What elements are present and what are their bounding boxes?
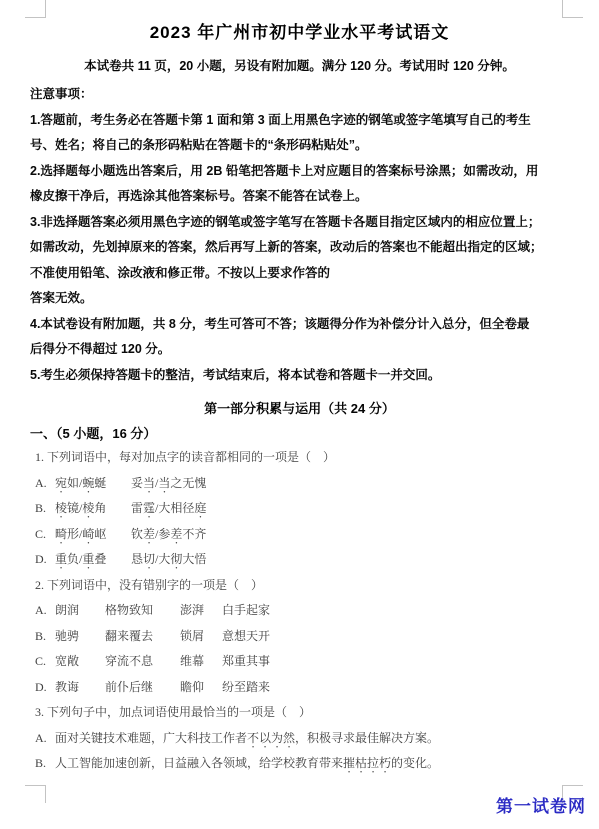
notice-line: 不准使用铅笔、涂改液和修正带。不按以上要求作答的: [30, 261, 573, 287]
question-2-option-b: B.驰骋翻来覆去锁屑意想天开: [35, 624, 599, 650]
word: 意想天开: [222, 629, 270, 643]
page-title: 2023 年广州市初中学业水平考试语文: [0, 0, 599, 43]
question-2-option-d: D.教诲前仆后继瞻仰纷至踏来: [35, 675, 599, 701]
word: 澎湃: [180, 598, 222, 624]
notice-line: 橡皮擦干净后，再选涂其他答案标号。答案不能答在试卷上。: [30, 184, 573, 210]
watermark-link[interactable]: 第一试卷网: [496, 792, 586, 817]
option-label: B.: [35, 496, 55, 522]
question-1-stem: 1. 下列词语中，每对加点字的读音都相同的一项是（ ）: [35, 445, 599, 471]
exam-paper-page: 2023 年广州市初中学业水平考试语文 本试卷共 11 页，20 小题，另设有附…: [0, 0, 599, 829]
option-label: A.: [35, 471, 55, 497]
notices-section: 注意事项： 1.答题前，考生务必在答题卡第 1 面和第 3 面上用黑色字迹的钢笔…: [30, 82, 573, 388]
crop-mark-top-left-icon: [25, 0, 46, 18]
word: 朗润: [55, 598, 105, 624]
word-pair: 畸形/崎岖: [55, 522, 131, 548]
question-3-option-a: A.面对关键技术难题，广大科技工作者不以为然，积极寻求最佳解决方案。: [35, 726, 599, 752]
sentence: 人工智能加速创新，日益融入各领域，给学校教育带来摧枯拉朽的变化。: [55, 756, 439, 770]
word-pair: 棱镜/棱角: [55, 496, 131, 522]
option-label: A.: [35, 598, 55, 624]
question-1-option-c: C.畸形/崎岖钦差/参差不齐: [35, 522, 599, 548]
word: 白手起家: [222, 603, 270, 617]
word-pair: 钦差/参差不齐: [131, 527, 206, 541]
crop-mark-top-right-icon: [562, 0, 583, 18]
notice-line: 3.非选择题答案必须用黑色字迹的钢笔或签字笔写在答题卡各题目指定区域内的相应位置…: [30, 210, 573, 236]
option-label: C.: [35, 649, 55, 675]
sentence: 面对关键技术难题，广大科技工作者不以为然，积极寻求最佳解决方案。: [55, 731, 439, 745]
option-label: C.: [35, 522, 55, 548]
questions-section: 1. 下列词语中，每对加点字的读音都相同的一项是（ ） A.宛如/蜿蜒妥当/当之…: [35, 445, 599, 777]
word: 驰骋: [55, 624, 105, 650]
word-pair: 雷霆/大相径庭: [131, 501, 206, 515]
notice-line: 2.选择题每小题选出答案后，用 2B 铅笔把答题卡上对应题目的答案标号涂黑；如需…: [30, 159, 573, 185]
word-pair: 宛如/蜿蜒: [55, 471, 131, 497]
notice-line: 4.本试卷设有附加题，共 8 分，考生可答可不答；该题得分作为补偿分计入总分，但…: [30, 312, 573, 338]
question-2-option-a: A.朗润格物致知澎湃白手起家: [35, 598, 599, 624]
word: 前仆后继: [105, 675, 180, 701]
word: 锁屑: [180, 624, 222, 650]
option-label: B.: [35, 751, 55, 777]
question-1-option-b: B.棱镜/棱角雷霆/大相径庭: [35, 496, 599, 522]
word: 翻来覆去: [105, 624, 180, 650]
word: 穿流不息: [105, 649, 180, 675]
notice-line: 1.答题前，考生务必在答题卡第 1 面和第 3 面上用黑色字迹的钢笔或签字笔填写…: [30, 108, 573, 134]
notices-heading: 注意事项：: [30, 82, 573, 108]
word: 郑重其事: [222, 654, 270, 668]
question-1-option-a: A.宛如/蜿蜒妥当/当之无愧: [35, 471, 599, 497]
question-2-stem: 2. 下列词语中，没有错别字的一项是（ ）: [35, 573, 599, 599]
option-label: A.: [35, 726, 55, 752]
crop-mark-bottom-left-icon: [25, 785, 46, 803]
word: 格物致知: [105, 598, 180, 624]
notice-line: 后得分不得超过 120 分。: [30, 337, 573, 363]
option-label: D.: [35, 547, 55, 573]
option-label: B.: [35, 624, 55, 650]
notice-line: 如需改动，先划掉原来的答案，然后再写上新的答案，改动后的答案也不能超出指定的区域…: [30, 235, 573, 261]
notice-line: 号、姓名；将自己的条形码粘贴在答题卡的“条形码粘贴处”。: [30, 133, 573, 159]
option-label: D.: [35, 675, 55, 701]
word: 纷至踏来: [222, 680, 270, 694]
word: 教诲: [55, 675, 105, 701]
notice-line: 5.考生必须保持答题卡的整洁，考试结束后，将本试卷和答题卡一并交回。: [30, 363, 573, 389]
question-2-option-c: C.宽敞穿流不息维幕郑重其事: [35, 649, 599, 675]
word: 瞻仰: [180, 675, 222, 701]
question-3-stem: 3. 下列句子中，加点词语使用最恰当的一项是（ ）: [35, 700, 599, 726]
exam-summary-line: 本试卷共 11 页，20 小题，另设有附加题。满分 120 分。考试用时 120…: [0, 56, 599, 74]
question-3-option-b: B.人工智能加速创新，日益融入各领域，给学校教育带来摧枯拉朽的变化。: [35, 751, 599, 777]
block-one-heading: 一、（5 小题，16 分）: [30, 423, 599, 442]
word: 宽敞: [55, 649, 105, 675]
word-pair: 恳切/大彻大悟: [131, 552, 206, 566]
question-1-option-d: D.重负/重叠恳切/大彻大悟: [35, 547, 599, 573]
part-one-heading: 第一部分积累与运用（共 24 分）: [0, 398, 599, 417]
word-pair: 重负/重叠: [55, 547, 131, 573]
notice-line: 答案无效。: [30, 286, 573, 312]
word-pair: 妥当/当之无愧: [131, 476, 206, 490]
word: 维幕: [180, 649, 222, 675]
